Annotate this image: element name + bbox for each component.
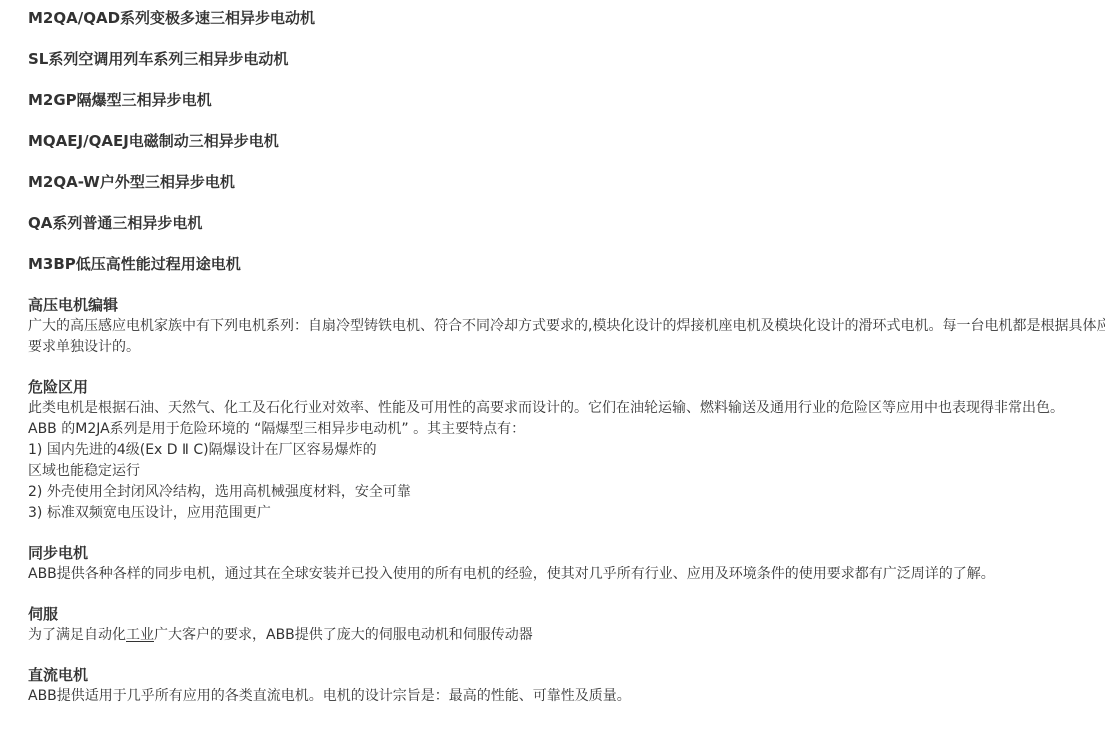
section-heading-high-voltage: 高压电机编辑	[28, 295, 1095, 316]
paragraph-line: 要求单独设计的。	[28, 337, 1095, 358]
section-servo: 伺服 为了满足自动化工业广大客户的要求，ABB提供了庞大的伺服电动机和伺服传动器	[28, 604, 1095, 646]
motor-series-item: SL系列空调用列车系列三相异步电动机	[28, 49, 1095, 69]
article-body: M2QA/QAD系列变极多速三相异步电动机 SL系列空调用列车系列三相异步电动机…	[0, 0, 1105, 733]
section-synchronous: 同步电机 ABB提供各种各样的同步电机，通过其在全球安装并已投入使用的所有电机的…	[28, 543, 1095, 585]
section-heading-servo: 伺服	[28, 604, 1095, 625]
feature-list-item: 1) 国内先进的4级(Ex D Ⅱ C)隔爆设计在厂区容易爆炸的	[28, 440, 1095, 461]
section-heading-dc-motor: 直流电机	[28, 665, 1095, 686]
feature-list-item: 3) 标准双频宽电压设计，应用范围更广	[28, 503, 1095, 524]
feature-list-item: 2) 外壳使用全封闭风冷结构，选用高机械强度材料，安全可靠	[28, 482, 1095, 503]
motor-series-item: QA系列普通三相异步电机	[28, 213, 1095, 233]
motor-series-item: M3BP低压高性能过程用途电机	[28, 254, 1095, 274]
section-heading-synchronous: 同步电机	[28, 543, 1095, 564]
paragraph-line: ABB 的M2JA系列是用于危险环境的 “隔爆型三相异步电动机” 。其主要特点有…	[28, 419, 1095, 440]
servo-line-suffix: 广大客户的要求，ABB提供了庞大的伺服电动机和伺服传动器	[154, 627, 533, 643]
paragraph-line: ABB提供适用于几乎所有应用的各类直流电机。电机的设计宗旨是：最高的性能、可靠性…	[28, 686, 1095, 707]
section-heading-hazard-area: 危险区用	[28, 377, 1095, 398]
paragraph-line: 广大的高压感应电机家族中有下列电机系列：自扇冷型铸铁电机、符合不同冷却方式要求的…	[28, 316, 1095, 337]
motor-series-item: M2GP隔爆型三相异步电机	[28, 90, 1095, 110]
paragraph-line: 为了满足自动化工业广大客户的要求，ABB提供了庞大的伺服电动机和伺服传动器	[28, 625, 1095, 646]
motor-series-item: M2QA-W户外型三相异步电机	[28, 172, 1095, 192]
feature-list-item-continuation: 区域也能稳定运行	[28, 461, 1095, 482]
section-hazard-area: 危险区用 此类电机是根据石油、天然气、化工及石化行业对效率、性能及可用性的高要求…	[28, 377, 1095, 524]
motor-series-item: MQAEJ/QAEJ电磁制动三相异步电机	[28, 131, 1095, 151]
industry-link[interactable]: 工业	[126, 627, 154, 643]
servo-line-prefix: 为了满足自动化	[28, 627, 126, 643]
paragraph-line: ABB提供各种各样的同步电机，通过其在全球安装并已投入使用的所有电机的经验，使其…	[28, 564, 1095, 585]
section-high-voltage: 高压电机编辑 广大的高压感应电机家族中有下列电机系列：自扇冷型铸铁电机、符合不同…	[28, 295, 1095, 358]
motor-series-item: M2QA/QAD系列变极多速三相异步电动机	[28, 8, 1095, 28]
section-dc-motor: 直流电机 ABB提供适用于几乎所有应用的各类直流电机。电机的设计宗旨是：最高的性…	[28, 665, 1095, 707]
paragraph-line: 此类电机是根据石油、天然气、化工及石化行业对效率、性能及可用性的高要求而设计的。…	[28, 398, 1095, 419]
